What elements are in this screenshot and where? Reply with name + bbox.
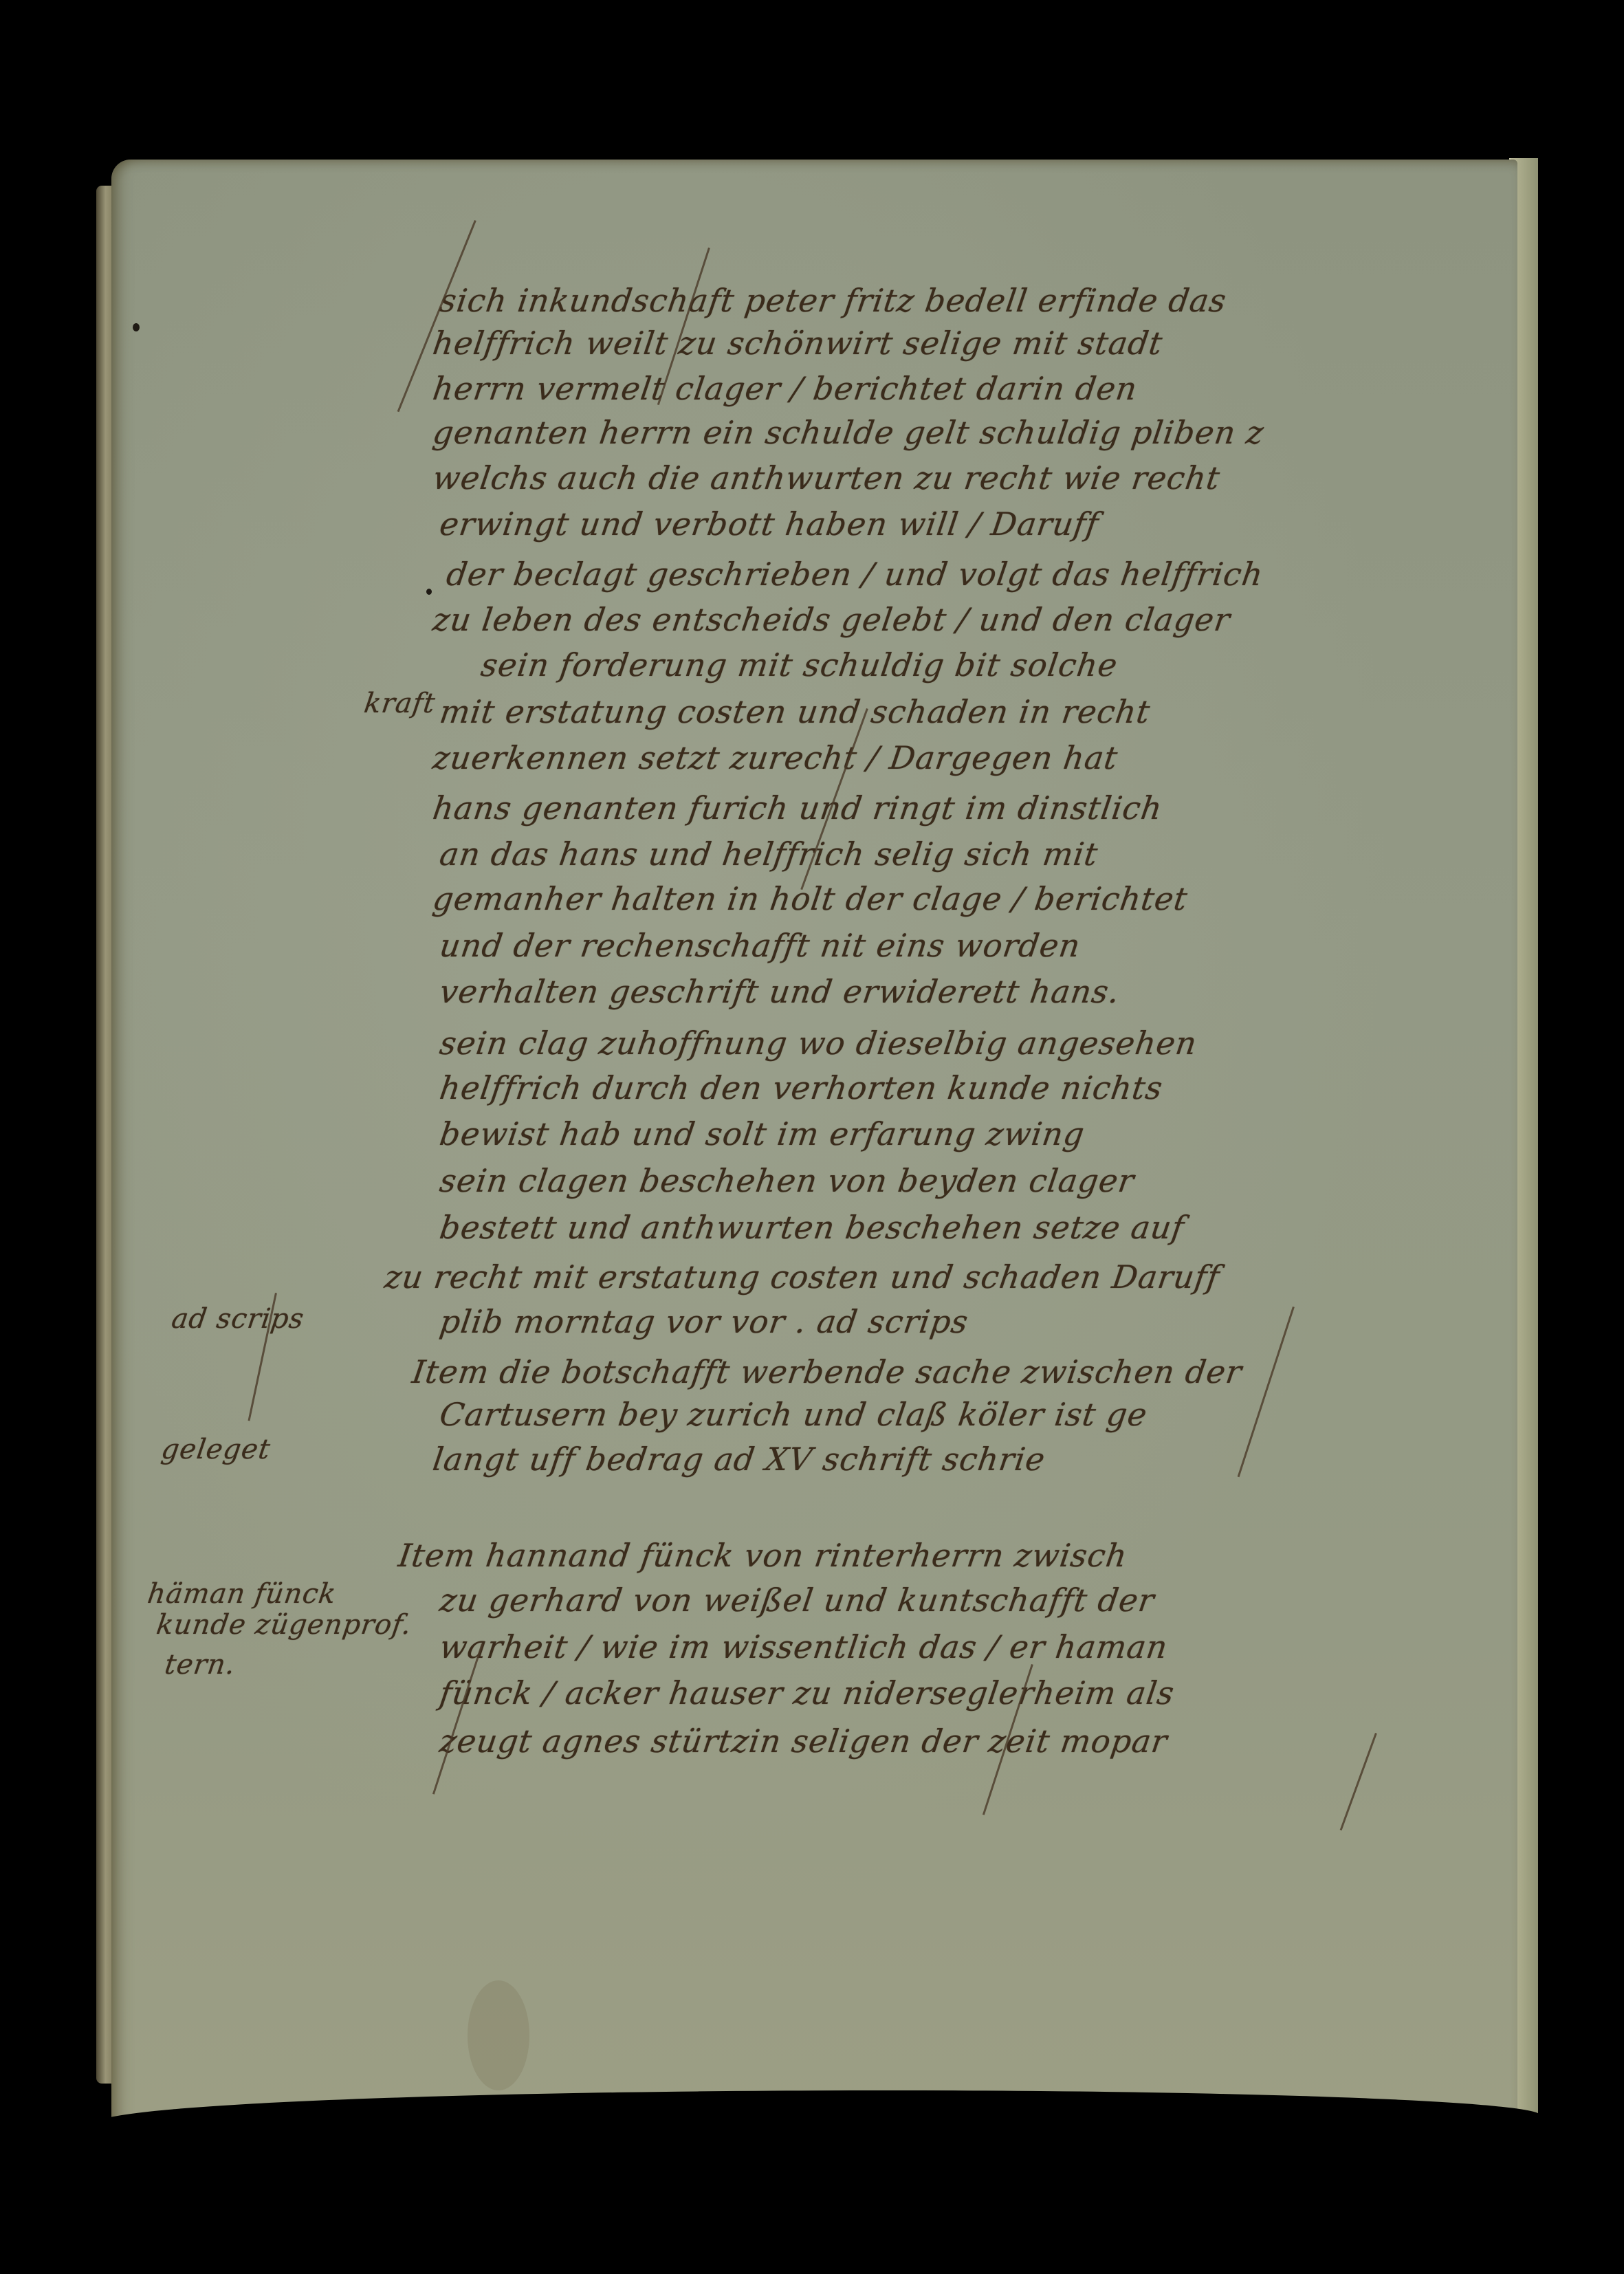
manuscript-line: gemanher halten in holt der clage / beri… [430, 880, 1190, 917]
manuscript-line: der beclagt geschrieben / und volgt das … [444, 556, 1266, 593]
manuscript-line: zuerkennen setzt zurecht / Dargegen hat [430, 739, 1120, 776]
manuscript-line: bestett und anthwurten beschehen setze a… [437, 1209, 1187, 1246]
manuscript-line: verhalten geschrift und erwiderett hans. [437, 973, 1122, 1010]
margin-note: kunde zügenprof. [155, 1609, 414, 1641]
margin-note: tern. [163, 1649, 238, 1681]
manuscript-line: sein forderung mit schuldig bit solche [479, 646, 1120, 684]
manuscript-line: warheit / wie im wissentlich das / er ha… [437, 1628, 1170, 1665]
manuscript-line: erwingt und verbott haben will / Daruff [437, 505, 1101, 543]
manuscript-line: zeugt agnes stürtzin seligen der zeit mo… [437, 1723, 1170, 1760]
manuscript-line: helffrich weilt zu schönwirt selige mit … [430, 325, 1165, 362]
margin-note: ad scrips [170, 1303, 307, 1335]
page-bottom-shadow [96, 2090, 1540, 2173]
manuscript-line: langt uff bedrag ad XV schrift schrie [430, 1441, 1048, 1478]
manuscript-line: zu gerhard von weißel und kuntschafft de… [437, 1582, 1157, 1619]
manuscript-line: mit erstatung costen und schaden in rech… [437, 693, 1152, 730]
manuscript-line: helffrich durch den verhorten kunde nich… [437, 1069, 1165, 1106]
manuscript-line: zu leben des entscheids gelebt / und den… [430, 601, 1233, 638]
manuscript-line: welchs auch die anthwurten zu recht wie … [430, 459, 1222, 496]
manuscript-line: und der rechenschafft nit eins worden [437, 927, 1083, 964]
margin-note: geleget [160, 1434, 273, 1465]
manuscript-line: sein clagen beschehen von beyden clager [437, 1162, 1137, 1199]
manuscript-line: sein clag zuhoffnung wo dieselbig angese… [437, 1025, 1199, 1062]
manuscript-line: plib morntag vor vor . ad scrips [437, 1303, 971, 1340]
manuscript-line: Item die botschafft werbende sache zwisc… [410, 1353, 1244, 1390]
paper-stain [468, 1980, 529, 2090]
ink-spot [133, 323, 140, 331]
manuscript-line: genanten herrn ein schulde gelt schuldig… [430, 414, 1266, 451]
manuscript-line: Cartusern bey zurich und claß köler ist … [437, 1396, 1150, 1433]
manuscript-line: zu recht mit erstatung costen und schade… [382, 1258, 1222, 1295]
bullet-mark [426, 589, 432, 595]
manuscript-line: herrn vermelt clager / berichtet darin d… [430, 370, 1140, 407]
margin-note: kraft [362, 688, 438, 719]
manuscript-line: sich inkundschaft peter fritz bedell erf… [437, 282, 1229, 319]
manuscript-line: bewist hab und solt im erfarung zwing [437, 1115, 1087, 1152]
manuscript-line: Item hannand fünck von rinterherrn zwisc… [396, 1537, 1130, 1574]
margin-note: häman fünck [146, 1578, 338, 1610]
manuscript-line: hans genanten furich und ringt im dinstl… [430, 789, 1165, 827]
manuscript-line: fünck / acker hauser zu niderseglerheim … [437, 1674, 1176, 1712]
manuscript-line: an das hans und helffrich selig sich mit [437, 835, 1100, 873]
